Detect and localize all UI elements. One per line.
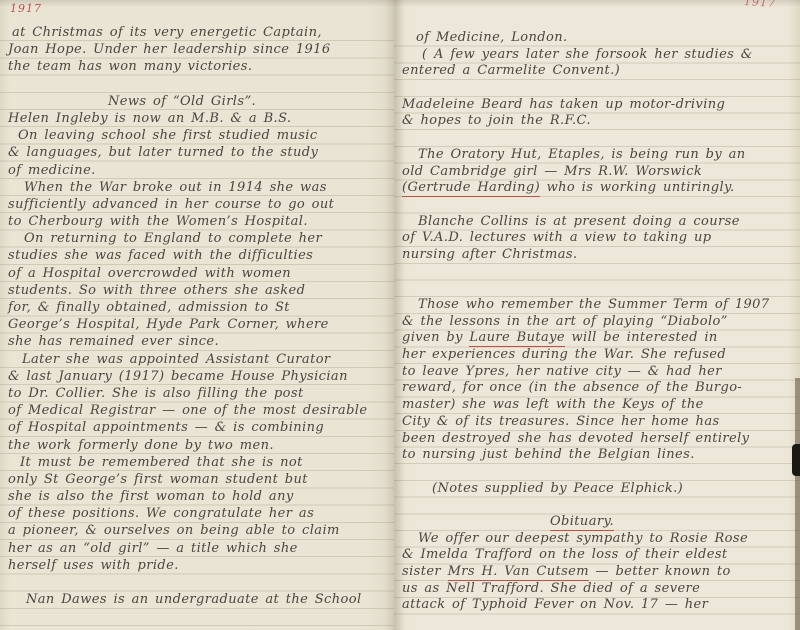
red-underlined-name: Mrs R.W. Worswick [564,164,702,181]
manuscript-line [394,280,800,297]
manuscript-line [394,80,800,97]
manuscript-line: studies she was faced with the difficult… [0,247,394,264]
text-segment: of these positions. We congratulate her … [8,506,314,521]
manuscript-line: Helen Ingleby is now an M.B. & a B.S. [0,110,394,127]
manuscript-line: & Imelda Trafford on the loss of their e… [394,547,800,564]
manuscript-line: & last January (1917) became House Physi… [0,368,394,385]
manuscript-line [394,497,800,514]
manuscript-line: to Dr. Collier. She is also filling the … [0,385,394,402]
red-underlined-name: (Gertrude Harding) [402,180,540,197]
manuscript-line: master) she was left with the Keys of th… [394,397,800,414]
manuscript-line: (Notes supplied by Peace Elphick.) [394,481,800,498]
manuscript-line: the work formerly done by two men. [0,437,394,454]
text-segment: The Oratory Hut, Etaples, is being run b… [418,147,746,162]
text-segment: sister [402,564,448,579]
text-segment: of medicine. [8,163,96,178]
manuscript-line: a pioneer, & ourselves on being able to … [0,522,394,539]
manuscript-line: When the War broke out in 1914 she was [0,179,394,196]
text-segment: & Imelda Trafford on the loss of their e… [402,547,728,562]
manuscript-line [0,574,394,591]
text-segment: reward, for once (in the absence of the … [402,380,742,395]
manuscript-line: & the lessons in the art of playing “Dia… [394,314,800,331]
manuscript-line: On leaving school she first studied musi… [0,127,394,144]
text-segment: who is working untiringly. [540,180,734,195]
manuscript-line: been destroyed she has devoted herself e… [394,431,800,448]
manuscript-line: Blanche Collins is at present doing a co… [394,214,800,231]
red-underlined-name: Mrs H. Van Cutsem [448,564,589,581]
manuscript-line: old Cambridge girl — Mrs R.W. Worswick [394,164,800,181]
manuscript-line: Madeleine Beard has taken up motor-drivi… [394,97,800,114]
manuscript-line [394,197,800,214]
manuscript-line: of Hospital appointments — & is combinin… [0,419,394,436]
text-segment: Joan Hope. Under her leadership since 19… [8,42,331,57]
text-segment: to Dr. Collier. She is also filling the … [8,386,304,401]
text-segment: been destroyed she has devoted herself e… [402,431,749,446]
text-segment: old Cambridge girl — [402,164,564,179]
text-segment: On leaving school she first studied musi… [18,128,318,143]
text-segment: studies she was faced with the difficult… [8,248,313,263]
text-segment: of Medicine, London. [416,30,568,45]
text-segment: students. So with three others she asked [8,283,305,298]
manuscript-line: of medicine. [0,162,394,179]
page-year-left: 1917 [10,2,42,15]
manuscript-line: of a Hospital overcrowded with women [0,265,394,282]
text-segment: We offer our deepest sympathy to Rosie R… [418,531,748,546]
text-segment: her as an “old girl” — a title which she [8,541,298,556]
text-segment: to leave Ypres, her native city — & had … [402,364,722,379]
manuscript-line: It must be remembered that she is not [0,454,394,471]
manuscript-line: of V.A.D. lectures with a view to taking… [394,230,800,247]
page-right: of Medicine, London.( A few years later … [394,0,800,630]
manuscript-line: sufficiently advanced in her course to g… [0,196,394,213]
text-segment: at Christmas of its very energetic Capta… [12,25,322,40]
page-left-text: at Christmas of its very energetic Capta… [0,24,394,630]
manuscript-line: Later she was appointed Assistant Curato… [0,351,394,368]
manuscript-line [394,264,800,281]
manuscript-line [394,130,800,147]
text-segment: . She died of a severe [539,581,700,596]
text-segment: Those who remember the Summer Term of 19… [418,297,770,312]
text-segment: a pioneer, & ourselves on being able to … [8,523,340,538]
text-segment: attack of Typhoid Fever on Nov. 17 — her [402,597,708,612]
text-segment: entered a Carmelite Convent.) [402,63,620,78]
manuscript-line: the team has won many victories. [0,58,394,75]
manuscript-line: at Christmas of its very energetic Capta… [0,24,394,41]
manuscript-line: she has remained ever since. [0,333,394,350]
text-segment: (Notes supplied by Peace Elphick.) [432,481,683,496]
manuscript-line: (Gertrude Harding) who is working untiri… [394,180,800,197]
manuscript-line: of these positions. We congratulate her … [0,505,394,522]
text-segment: only St George’s first woman student but [8,472,308,487]
manuscript-line: Nan Dawes is an undergraduate at the Sch… [0,591,394,608]
text-segment: the work formerly done by two men. [8,438,274,453]
manuscript-line: only St George’s first woman student but [0,471,394,488]
text-segment: master) she was left with the Keys of th… [402,397,704,412]
text-segment: for, & finally obtained, admission to St [8,300,290,315]
text-segment: she is also the first woman to hold any [8,489,294,504]
manuscript-line: We offer our deepest sympathy to Rosie R… [394,531,800,548]
manuscript-line: ( A few years later she forsook her stud… [394,47,800,64]
red-underlined-name: Obituary. [550,514,614,531]
text-segment: ( A few years later she forsook her stud… [422,47,753,62]
text-segment: herself uses with pride. [8,558,179,573]
text-segment: Later she was appointed Assistant Curato… [22,352,331,367]
manuscript-line: of Medical Registrar — one of the most d… [0,402,394,419]
manuscript-line: students. So with three others she asked [0,282,394,299]
manuscript-line: attack of Typhoid Fever on Nov. 17 — her [394,597,800,614]
manuscript-line: The Oratory Hut, Etaples, is being run b… [394,147,800,164]
red-underlined-name: News of “Old Girls”. [108,94,256,110]
text-segment: & languages, but later turned to the stu… [8,145,318,160]
text-segment: she has remained ever since. [8,334,219,349]
manuscript-line: Joan Hope. Under her leadership since 19… [0,41,394,58]
text-segment: of a Hospital overcrowded with women [8,266,291,281]
manuscript-line: entered a Carmelite Convent.) [394,63,800,80]
text-segment: George’s Hospital, Hyde Park Corner, whe… [8,317,329,332]
manuscript-line: George’s Hospital, Hyde Park Corner, whe… [0,316,394,333]
text-segment: given by [402,330,469,345]
section-heading-line: News of “Old Girls”. [0,93,394,110]
text-segment: City & of its treasures. Since her home … [402,414,720,429]
text-segment: us as [402,581,446,596]
manuscript-line [394,464,800,481]
red-underlined-name: Nell Trafford [446,581,539,598]
page-left: at Christmas of its very energetic Capta… [0,0,394,630]
manuscript-line: reward, for once (in the absence of the … [394,380,800,397]
manuscript-line: Those who remember the Summer Term of 19… [394,297,800,314]
text-segment: On returning to England to complete her [24,231,322,246]
manuscript-spread: at Christmas of its very energetic Capta… [0,0,800,630]
manuscript-line: given by Laure Butaye will be interested… [394,330,800,347]
manuscript-line: nursing after Christmas. [394,247,800,264]
manuscript-line: she is also the first woman to hold any [0,488,394,505]
text-segment: will be interested in [565,330,718,345]
manuscript-line: her experiences during the War. She refu… [394,347,800,364]
text-segment: her experiences during the War. She refu… [402,347,726,362]
text-segment: of Hospital appointments — & is combinin… [8,420,324,435]
text-segment: When the War broke out in 1914 she was [24,180,327,195]
text-segment: is an undergraduate at the School [107,592,362,607]
manuscript-line: her as an “old girl” — a title which she [0,540,394,557]
text-segment: & last January (1917) became House Physi… [8,369,348,384]
red-underlined-name: Laure Butaye [469,330,565,347]
red-underlined-name: Helen Ingleby [8,111,108,127]
text-segment: It must be remembered that she is not [20,455,303,470]
manuscript-line: of Medicine, London. [394,30,800,47]
manuscript-line: to nursing just behind the Belgian lines… [394,447,800,464]
text-segment: to Cherbourg with the Women’s Hospital. [8,214,308,229]
manuscript-line: & languages, but later turned to the stu… [0,144,394,161]
text-segment: has taken up motor-driving [523,97,725,112]
manuscript-line: On returning to England to complete her [0,230,394,247]
manuscript-line: & hopes to join the R.F.C. [394,113,800,130]
manuscript-line: herself uses with pride. [0,557,394,574]
text-segment: & hopes to join the R.F.C. [402,113,591,128]
page-right-text: of Medicine, London.( A few years later … [394,30,800,630]
red-underlined-name: Madeleine Beard [402,97,523,114]
manuscript-line: to Cherbourg with the Women’s Hospital. [0,213,394,230]
text-segment: is now an M.B. & a B.S. [108,111,292,126]
text-segment: — better known to [589,564,731,579]
text-segment: nursing after Christmas. [402,247,578,262]
red-underlined-name: Blanche Collins [418,214,529,231]
manuscript-line: for, & finally obtained, admission to St [0,299,394,316]
manuscript-line: City & of its treasures. Since her home … [394,414,800,431]
text-segment: sufficiently advanced in her course to g… [8,197,334,212]
manuscript-line [0,76,394,93]
text-segment: of V.A.D. lectures with a view to taking… [402,230,711,245]
manuscript-line: sister Mrs H. Van Cutsem — better known … [394,564,800,581]
red-underlined-name: Nan Dawes [26,592,107,608]
text-segment: of Medical Registrar — one of the most d… [8,403,367,418]
section-heading-line: Obituary. [394,514,800,531]
text-segment: the team has won many victories. [8,59,252,74]
text-segment: to nursing just behind the Belgian lines… [402,447,695,462]
manuscript-line: us as Nell Trafford. She died of a sever… [394,581,800,598]
text-segment: & the lessons in the art of playing “Dia… [402,314,728,329]
manuscript-line: to leave Ypres, her native city — & had … [394,364,800,381]
text-segment: is at present doing a course [529,214,740,229]
